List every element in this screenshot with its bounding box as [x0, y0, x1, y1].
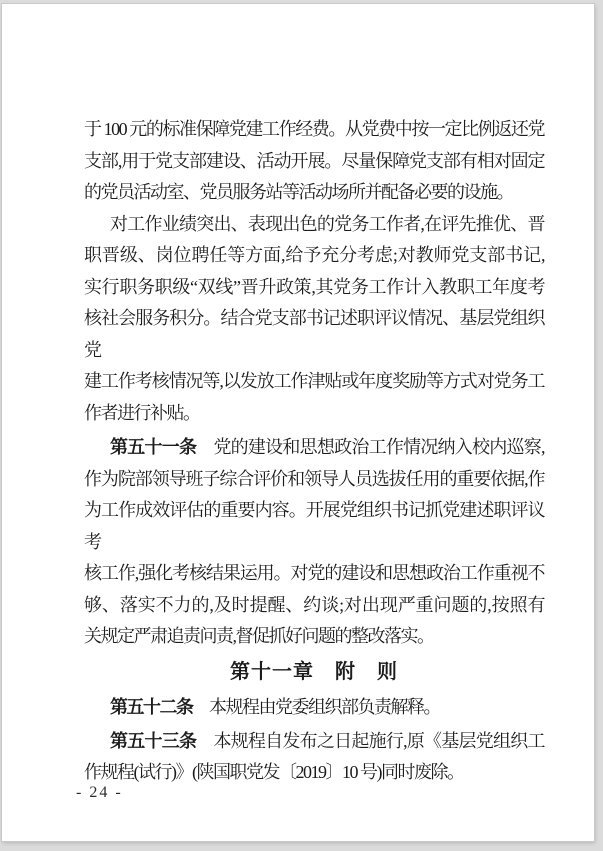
- article-number-term: 第五十三条: [110, 731, 196, 751]
- text-line: 的党员活动室、党员服务站等活动场所并配备必要的设施。: [84, 177, 544, 209]
- text-line: 核工作,强化考核结果运用。对党的建设和思想政治工作重视不: [84, 558, 544, 590]
- text-line: 对工作业绩突出、表现出色的党务工作者,在评先推优、晋: [84, 209, 544, 241]
- text-line: 建工作考核情况等,以发放工作津贴或年度奖励等方式对党务工: [84, 366, 544, 398]
- text-line: 作为院部领导班子综合评价和领导人员选拔任用的重要依据,作: [84, 464, 544, 496]
- text-line: 关规定严肃追责问责,督促抓好问题的整改落实。: [84, 621, 544, 653]
- text-line: 第五十三条 本规程自发布之日起施行,原《基层党组织工: [84, 726, 544, 758]
- text-line: 作者进行补贴。: [84, 398, 544, 430]
- chapter-heading: 第十一章 附 则: [84, 657, 544, 689]
- text-line: 第五十二条 本规程由党委组织部负责解释。: [84, 692, 544, 724]
- text-line: 实行职务职级“双线”晋升政策,其党务工作计入教职工年度考: [84, 272, 544, 304]
- document-page: 于 100 元的标准保障党建工作经费。从党费中按一定比例返还党支部,用于党支部建…: [2, 4, 594, 841]
- text-line: 为工作成效评估的重要内容。开展党组织书记抓党建述职评议考: [84, 495, 544, 558]
- text-line: 职晋级、岗位聘任等方面,给予充分考虑;对教师党支部书记,: [84, 240, 544, 272]
- text-line: 够、落实不力的,及时提醒、约谈;对出现严重问题的,按照有: [84, 590, 544, 622]
- text-line: 核社会服务积分。结合党支部书记述职评议情况、基层党组织党: [84, 303, 544, 366]
- article-number-term: 第五十一条: [110, 437, 196, 457]
- document-lines: 于 100 元的标准保障党建工作经费。从党费中按一定比例返还党支部,用于党支部建…: [84, 114, 544, 789]
- text-line: 于 100 元的标准保障党建工作经费。从党费中按一定比例返还党: [84, 114, 544, 146]
- viewer-background: { "document": { "lines": [ {"text": "于 1…: [0, 0, 603, 851]
- page-number: - 24 -: [76, 783, 123, 803]
- text-line: 第五十一条 党的建设和思想政治工作情况纳入校内巡察,: [84, 432, 544, 464]
- article-number-term: 第五十二条: [110, 697, 193, 717]
- text-line: 支部,用于党支部建设、活动开展。尽量保障党支部有相对固定: [84, 146, 544, 178]
- text-line: 作规程(试行)》(陕国职党发〔2019〕10 号)同时废除。: [84, 757, 544, 789]
